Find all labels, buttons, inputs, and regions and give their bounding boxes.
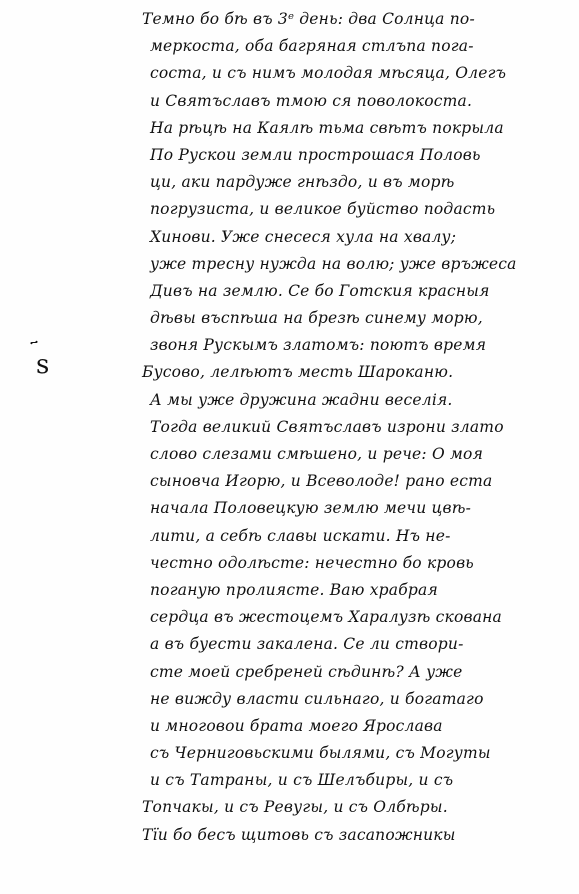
text-line: съ Черниговьскими былями, съ Могуты	[150, 740, 570, 767]
text-line: дѣвы въспѣша на брезѣ синему морю,	[150, 305, 570, 332]
text-line: Бусово, лелѣютъ месть Шароканю.	[142, 359, 570, 386]
text-line: слово слезами смѣшено, и рече: О моя	[150, 441, 570, 468]
text-line: По Рускои земли прострошася Половь	[150, 142, 570, 169]
text-line: Тїи бо бесъ щитовь съ засапожникы	[142, 822, 570, 849]
text-line: сыновча Игорю, и Всеволоде! рано еста	[150, 468, 570, 495]
margin-numeral: ѕ	[36, 350, 49, 380]
text-line: меркоста, оба багряная стлъпа пога-	[150, 33, 570, 60]
text-line: Хинови. Уже снесеся хула на хвалу;	[150, 224, 570, 251]
text-line: соста, и съ нимъ молодая мѣсяца, Олегъ	[150, 60, 570, 87]
text-line: честно одолѣсте: нечестно бо кровь	[150, 550, 570, 577]
text-line: погрузиста, и великое буйство подасть	[150, 196, 570, 223]
manuscript-text: Темно бо бѣ въ 3ᵉ день: два Солнца по- м…	[150, 6, 570, 849]
text-line: А мы уже дружина жадни веселія.	[150, 387, 570, 414]
text-line: сте моей сребреней сѣдинѣ? А уже	[150, 659, 570, 686]
text-line: поганую пролиясте. Ваю храбрая	[150, 577, 570, 604]
text-line: ци, аки пардуже гнѣздо, и въ морѣ	[150, 169, 570, 196]
text-line: Темно бо бѣ въ 3ᵉ день: два Солнца по-	[142, 6, 570, 33]
text-line: и многовои брата моего Ярослава	[150, 713, 570, 740]
text-line: звоня Рускымъ златомъ: поютъ время	[150, 332, 570, 359]
text-line: Тогда великий Святъславъ изрони злато	[150, 414, 570, 441]
text-line: На рѣцѣ на Каялѣ тьма свѣтъ покрыла	[150, 115, 570, 142]
text-line: Дивъ на землю. Се бо Готския красныя	[150, 278, 570, 305]
manuscript-page: ҃ ѕ Темно бо бѣ въ 3ᵉ день: два Солнца п…	[0, 0, 579, 894]
text-line: сердца въ жестоцемъ Харалузѣ скована	[150, 604, 570, 631]
text-line: Топчакы, и съ Ревугы, и съ Олбѣры.	[142, 794, 570, 821]
text-line: начала Половецкую землю мечи цвѣ-	[150, 495, 570, 522]
text-line: и съ Татраны, и съ Шелъбиры, и съ	[150, 767, 570, 794]
text-line: и Святъславъ тмою ся поволокоста.	[150, 88, 570, 115]
text-line: уже тресну нужда на волю; уже връжеса	[150, 251, 570, 278]
margin-page-numeral: ҃ ѕ	[36, 350, 49, 380]
text-line: а въ буести закалена. Се ли створи-	[150, 631, 570, 658]
text-line: не вижду власти сильнаго, и богатаго	[150, 686, 570, 713]
text-line: лити, а себѣ славы искати. Нъ не-	[150, 523, 570, 550]
